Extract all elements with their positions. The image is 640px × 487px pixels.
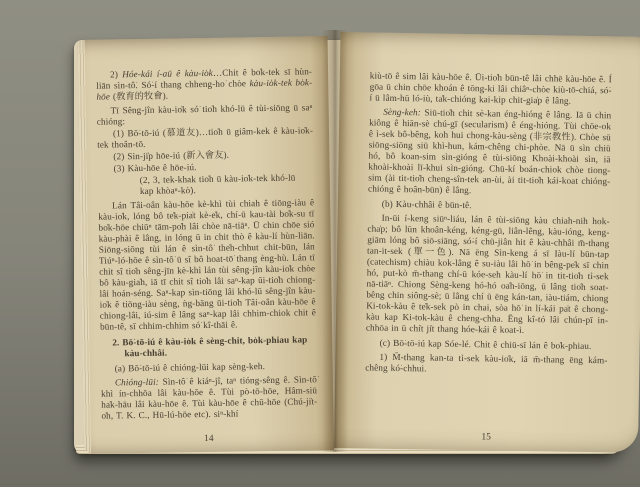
text-block-paragraph: Sèng-keh: Siū-tio̍h chit sè-kan éng-hión… <box>368 107 611 199</box>
text-block-paragraph: Tī Sêng-jîn kàu-io̍k só͘ tio̍h khó-lū ê … <box>97 102 313 127</box>
text-block-subheading: (a) Bō͘-tō-iú ê chióng-lūi kap sèng-keh. <box>101 360 317 374</box>
book-scan: 2) Hóe-kái í-aū ê kàu-io̍k…Chit ê bo̍k-t… <box>0 0 640 487</box>
text-block-list-item: (1) Bō͘-tō-iú (慕道友)…tio̍h ū giâm-kek ê k… <box>97 125 313 150</box>
text-block-subheading: (c) Bō͘-tō-iú kap Sóe-lé. Chit ê chiū-sī… <box>366 337 608 352</box>
text-block-note: (2, 3, tek-khak tio̍h ū kàu-io̍k-tek khó… <box>140 172 310 197</box>
text-block-paragraph: 2) Hóe-kái í-aū ê kàu-io̍k…Chit ê bo̍k-t… <box>96 66 312 102</box>
left-page: 2) Hóe-kái í-aū ê kàu-io̍k…Chit ê bo̍k-t… <box>78 36 334 454</box>
text-block-paragraph: 1) M̄-thang kan-ta tì-sek kàu-io̍k, iā m… <box>365 351 607 377</box>
text-block-continuation: kiù-tō ê sim lâi kàu-hōe ê. Ūi-tio̍h būn… <box>369 71 611 108</box>
left-page-text: 2) Hóe-kái í-aū ê kàu-io̍k…Chit ê bo̍k-t… <box>78 36 334 422</box>
right-page-text: kiù-tō ê sim lâi kàu-hōe ê. Ūi-tio̍h būn… <box>335 32 640 378</box>
text-block-paragraph: Lán Tâi-oân kàu-hōe kè-khì tùi chiah ê t… <box>98 197 316 332</box>
text-block-paragraph: In-ūi í-keng siūⁿ-liáu, lán ê tùi-siōng … <box>366 213 610 338</box>
text-block-heading: 2. Bō͘-tō-iú ê kàu-io̍k ê sèng-chit, bo̍… <box>124 334 316 359</box>
right-page-number: 15 <box>334 430 638 445</box>
left-page-number: 14 <box>84 432 334 446</box>
text-block-paragraph: Chióng-lūi: Sìn-tô͘ ê kiáⁿ-jî, taⁿ tióng… <box>101 374 318 421</box>
right-page: kiù-tō ê sim lâi kàu-hōe ê. Ūi-tio̍h būn… <box>334 32 640 453</box>
text-block-subheading: (b) Kàu-chhâi ê būn-tê. <box>368 199 610 214</box>
